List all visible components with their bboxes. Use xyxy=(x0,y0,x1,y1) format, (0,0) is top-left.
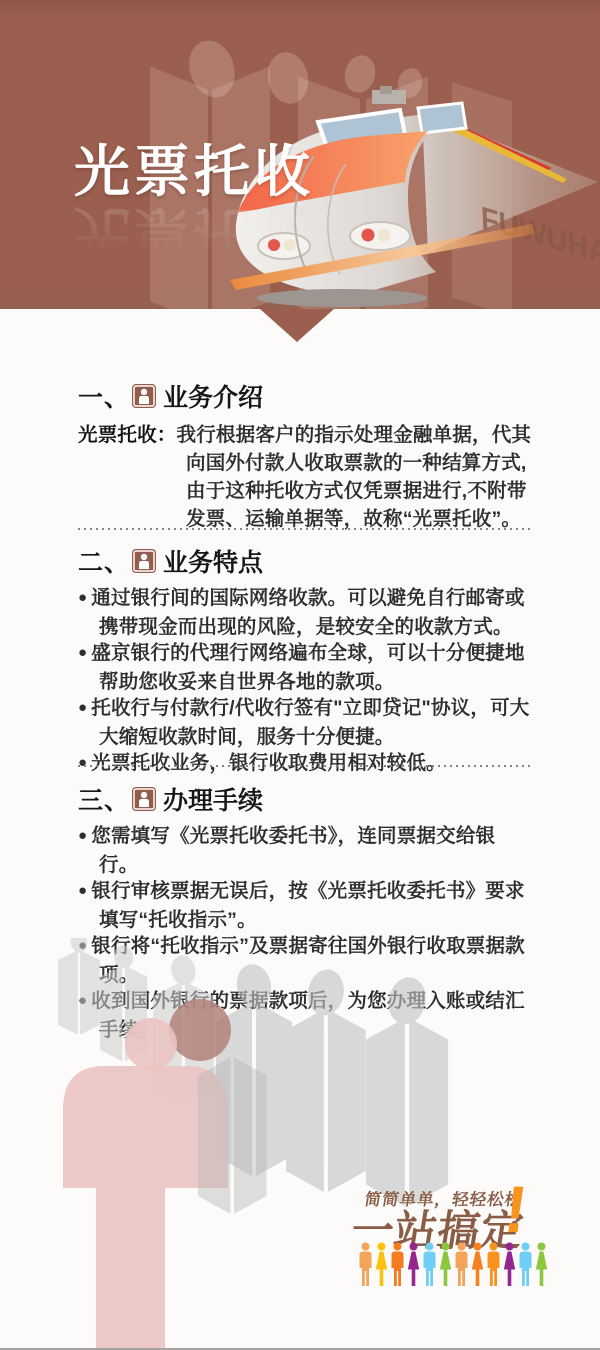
section-features-heading: 二、 业务特点 xyxy=(78,543,534,579)
person-figure-icon xyxy=(422,1242,437,1288)
person-figure-icon xyxy=(470,1242,485,1288)
header-notch xyxy=(260,309,334,342)
page-title-reflection: 光票托收 xyxy=(74,196,314,276)
intro-text: 我行根据客户的指示处理金融单据，代其向国外付款人收取票款的一种结算方式,由于这种… xyxy=(177,424,532,530)
person-badge-icon xyxy=(132,384,156,408)
dotted-separator xyxy=(78,527,534,530)
section-title: 业务特点 xyxy=(163,543,263,579)
pink-figure xyxy=(63,1066,228,1350)
section-title: 办理手续 xyxy=(163,781,263,817)
person-figure-icon xyxy=(534,1242,549,1288)
section-features: 二、 业务特点 通过银行间的国际网络收款。可以避免自行邮寄或携带现金而出现的风险… xyxy=(78,543,534,779)
dotted-separator xyxy=(78,764,534,767)
section-procedures-heading: 三、 办理手续 xyxy=(78,781,534,817)
person-figure-icon xyxy=(486,1242,501,1288)
silhouette-panel xyxy=(366,77,428,309)
person-badge-icon xyxy=(132,787,156,811)
person-figure-icon xyxy=(358,1242,373,1288)
person-figure-icon xyxy=(406,1242,421,1288)
person-figure-icon xyxy=(438,1242,453,1288)
section-number: 二、 xyxy=(78,543,130,579)
section-intro: 一、 业务介绍 光票托收：我行根据客户的指示处理金融单据，代其向国外付款人收取票… xyxy=(78,378,534,533)
section-number: 三、 xyxy=(78,781,130,817)
person-figure-icon xyxy=(518,1242,533,1288)
person-figure-icon xyxy=(454,1242,469,1288)
procedure-item: 收到国外银行的票据款项后，为您办理入账或结汇手续。 xyxy=(78,988,534,1043)
person-figure-icon xyxy=(502,1242,517,1288)
colorful-people-row xyxy=(358,1242,549,1288)
section-title: 业务介绍 xyxy=(163,378,263,414)
feature-item: 盛京银行的代理行网络遍布全球，可以十分便捷地帮助您收妥来自世界各地的款项。 xyxy=(78,640,534,695)
procedure-item: 银行将“托收指示”及票据寄往国外银行收取票据款项。 xyxy=(78,933,534,988)
feature-item: 托收行与付款行/代收行签有"立即贷记"协议，可大大缩短收款时间，服务十分便捷。 xyxy=(78,695,534,750)
feature-item: 通过银行间的国际网络收款。可以避免自行邮寄或携带现金而出现的风险，是较安全的收款… xyxy=(78,585,534,640)
procedure-item: 您需填写《光票托收委托书》，连同票据交给银行。 xyxy=(78,823,534,878)
intro-term: 光票托收： xyxy=(78,424,177,446)
intro-paragraph: 光票托收：我行根据客户的指示处理金融单据，代其向国外付款人收取票款的一种结算方式… xyxy=(78,421,534,533)
silhouette-head-icon xyxy=(341,52,379,96)
person-badge-icon xyxy=(132,549,156,573)
header-banner: FUWUHAO 光票 xyxy=(0,0,600,309)
section-number: 一、 xyxy=(78,378,130,414)
silhouette-panel xyxy=(452,82,512,309)
section-procedures: 三、 办理手续 您需填写《光票托收委托书》，连同票据交给银行。 银行审核票据无误… xyxy=(78,781,534,1043)
person-figure-icon xyxy=(390,1242,405,1288)
section-intro-heading: 一、 业务介绍 xyxy=(78,378,534,414)
poster: FUWUHAO 光票 xyxy=(0,0,600,1350)
person-figure-icon xyxy=(374,1242,389,1288)
procedure-item: 银行审核票据无误后，按《光票托收委托书》要求填写“托收指示”。 xyxy=(78,878,534,933)
page-title: 光票托收 xyxy=(74,128,314,208)
